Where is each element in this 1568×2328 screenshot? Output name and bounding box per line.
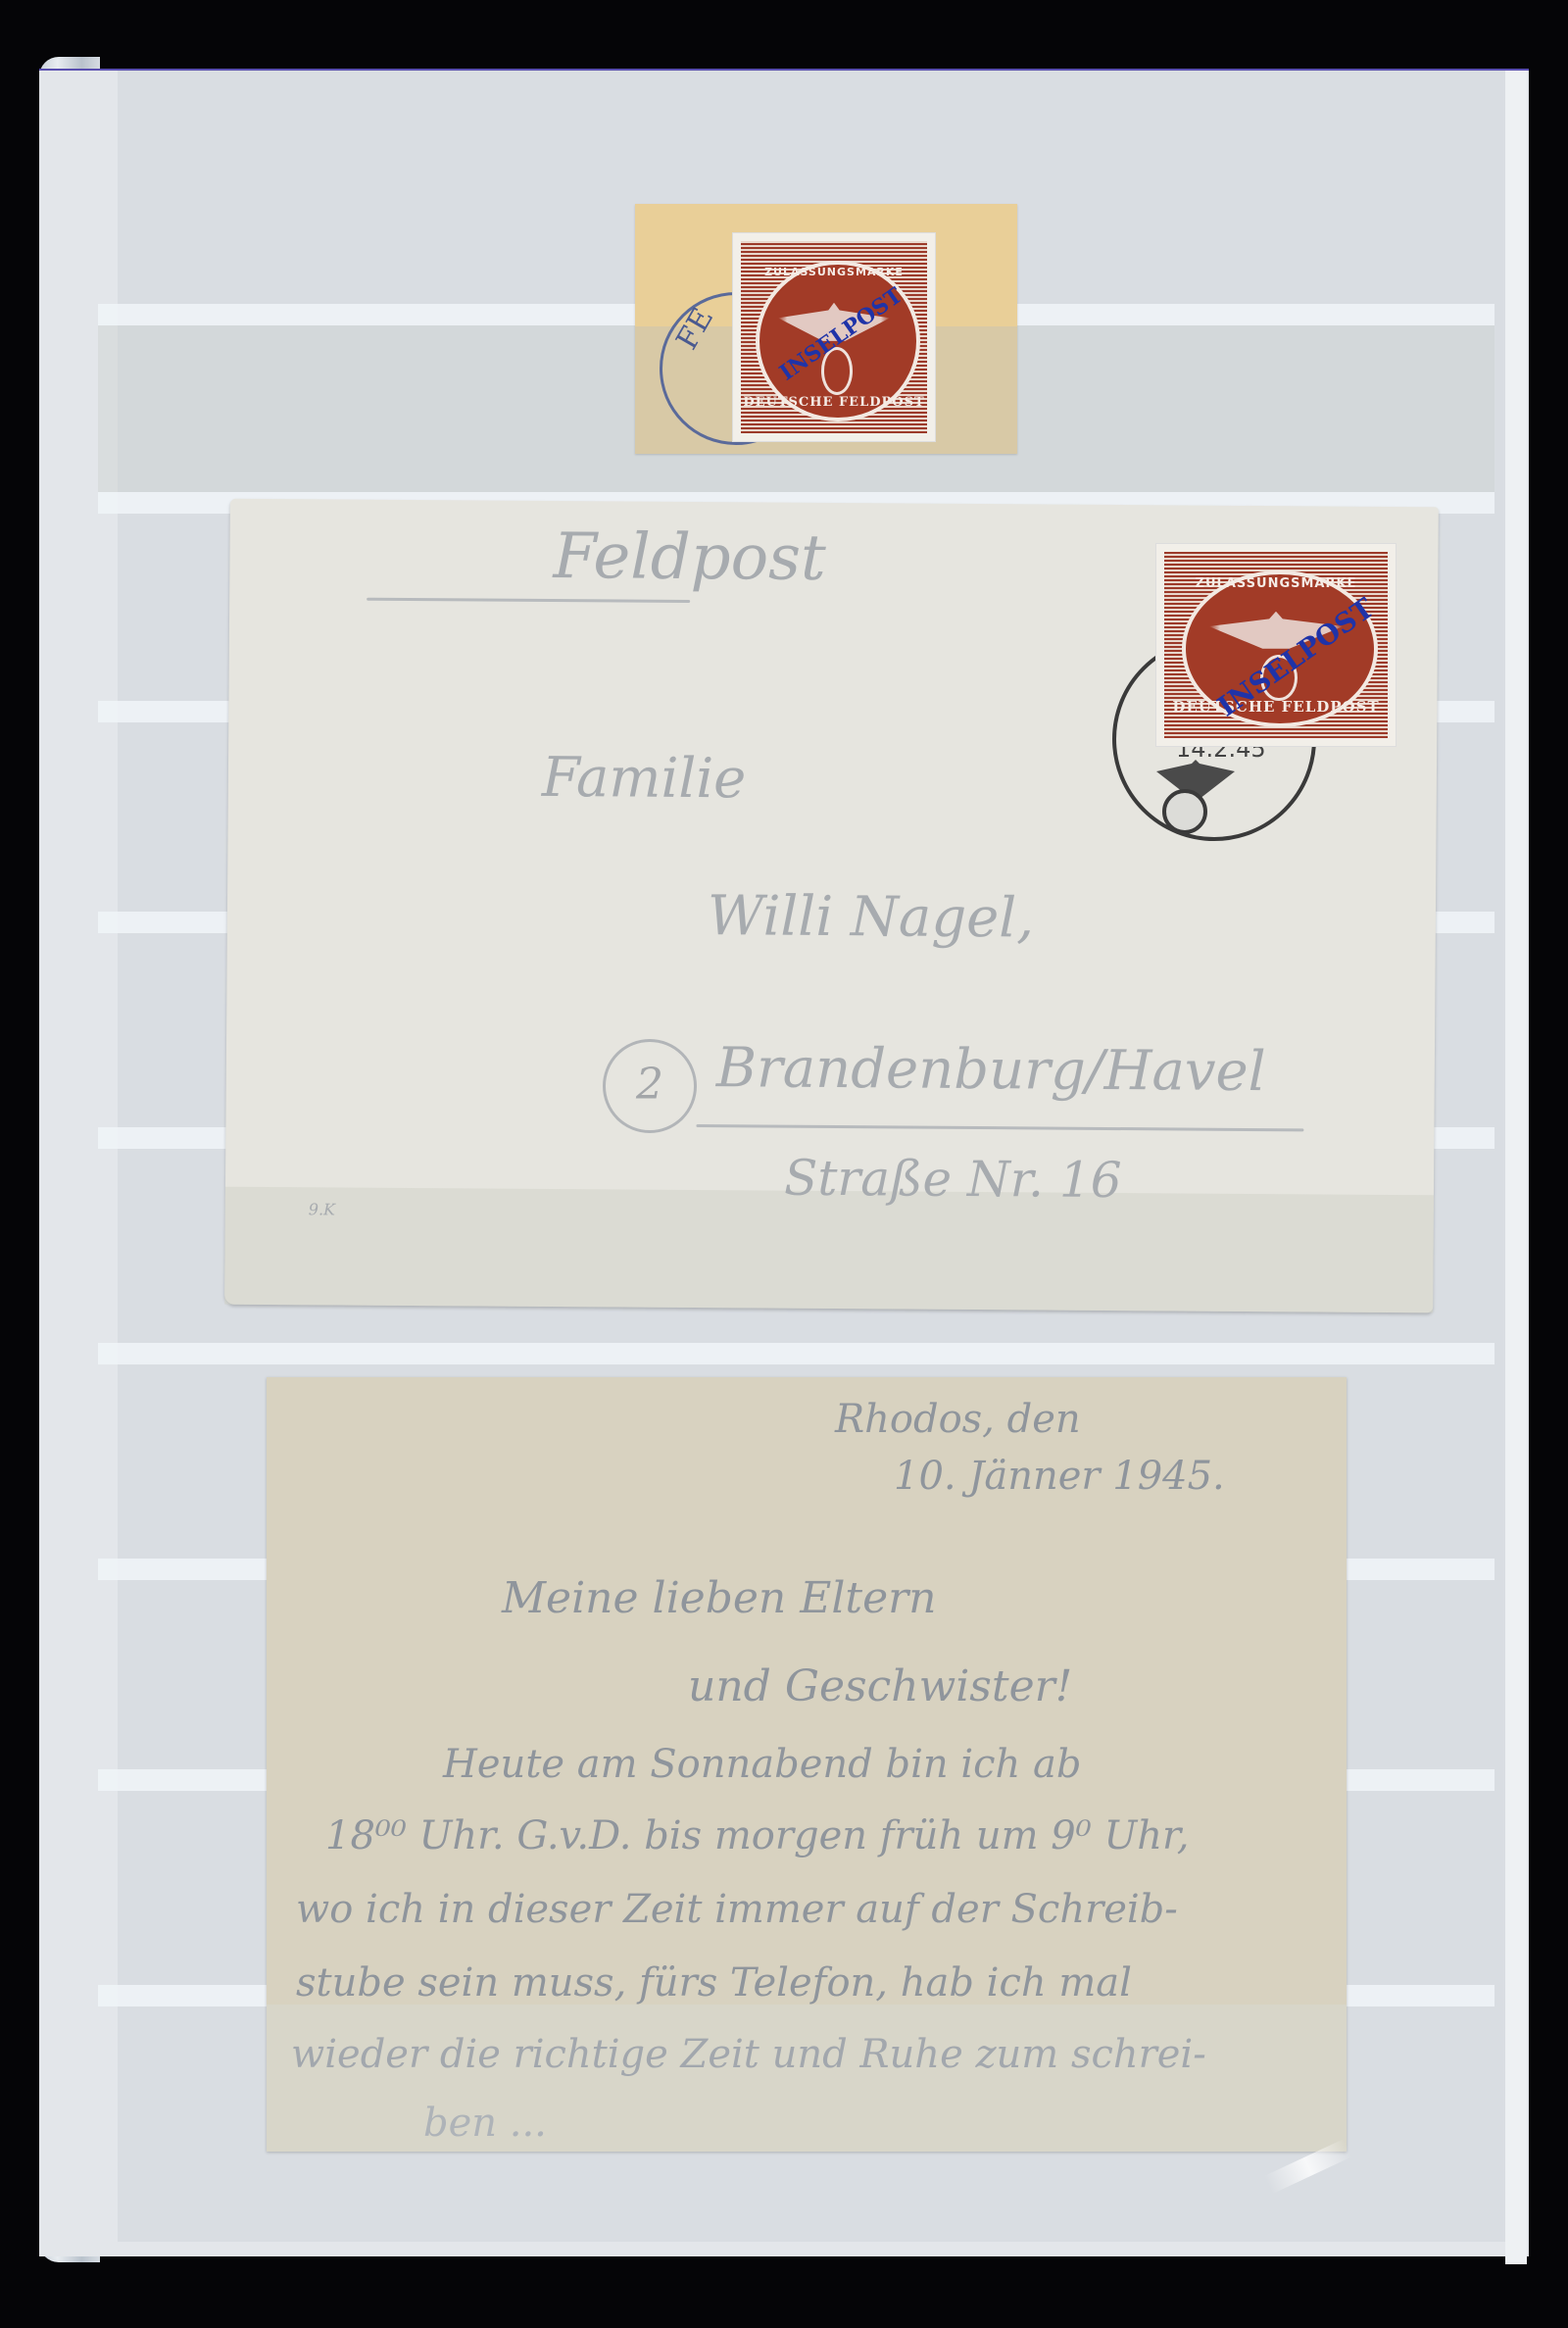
letter-date: 10. Jänner 1945. (894, 1454, 1225, 1499)
letter-body-line: Heute am Sonnabend bin ich ab (443, 1742, 1081, 1787)
envelope-stamp[interactable]: ZULASSUNGSMARKE DEUTSCHE FELDPOST INSELP… (1156, 544, 1396, 746)
address-line-2: Willi Nagel, (708, 884, 1035, 950)
address-line-3: Brandenburg/Havel (716, 1036, 1266, 1104)
letter-body-line: ben ... (423, 2101, 547, 2146)
letter-place: Rhodos, den (835, 1397, 1081, 1442)
address-line-4: Straße Nr. 16 (784, 1150, 1122, 1209)
address-line-1: Familie (542, 746, 747, 811)
heading-underline (367, 598, 690, 603)
stamp-face: ZULASSUNGSMARKE DEUTSCHE FELDPOST INSELP… (1164, 552, 1388, 738)
stamp-top-text: ZULASSUNGSMARKE (741, 266, 927, 278)
stamp[interactable]: ZULASSUNGSMARKE DEUTSCHE FELDPOST INSELP… (733, 233, 935, 441)
stamp-on-piece[interactable]: FE ZULASSUNGSMARKE DEUTSCHE FELDPOST INS… (635, 204, 1017, 454)
postmark-emblem-icon (1162, 789, 1207, 834)
address-underline (696, 1124, 1303, 1131)
letter-body-line: wieder die richtige Zeit und Ruhe zum sc… (291, 2032, 1206, 2077)
stamp-face: ZULASSUNGSMARKE DEUTSCHE FELDPOST INSELP… (741, 241, 927, 433)
letter-body-line: 18⁰⁰ Uhr. G.v.D. bis morgen früh um 9⁰ U… (325, 1813, 1189, 1858)
stamp-bottom-text: DEUTSCHE FELDPOST (1164, 698, 1388, 716)
letter-body-line: wo ich in dieser Zeit immer auf der Schr… (296, 1887, 1178, 1932)
letter-greeting-2: und Geschwister! (688, 1661, 1072, 1711)
envelope-heading: Feldpost (553, 520, 826, 595)
letter-greeting-1: Meine lieben Eltern (502, 1573, 937, 1623)
corner-note: 9.K (309, 1200, 335, 1218)
letter-card[interactable]: Rhodos, den 10. Jänner 1945. Meine liebe… (267, 1377, 1347, 2152)
letter-body-line: stube sein muss, fürs Telefon, hab ich m… (296, 1960, 1132, 2006)
postal-district-circle: 2 (603, 1039, 697, 1133)
pocket-strip (98, 1343, 1494, 1364)
stamp-bottom-text: DEUTSCHE FELDPOST (741, 395, 927, 410)
page-edge (1505, 71, 1527, 2264)
stamp-top-text: ZULASSUNGSMARKE (1164, 576, 1388, 591)
